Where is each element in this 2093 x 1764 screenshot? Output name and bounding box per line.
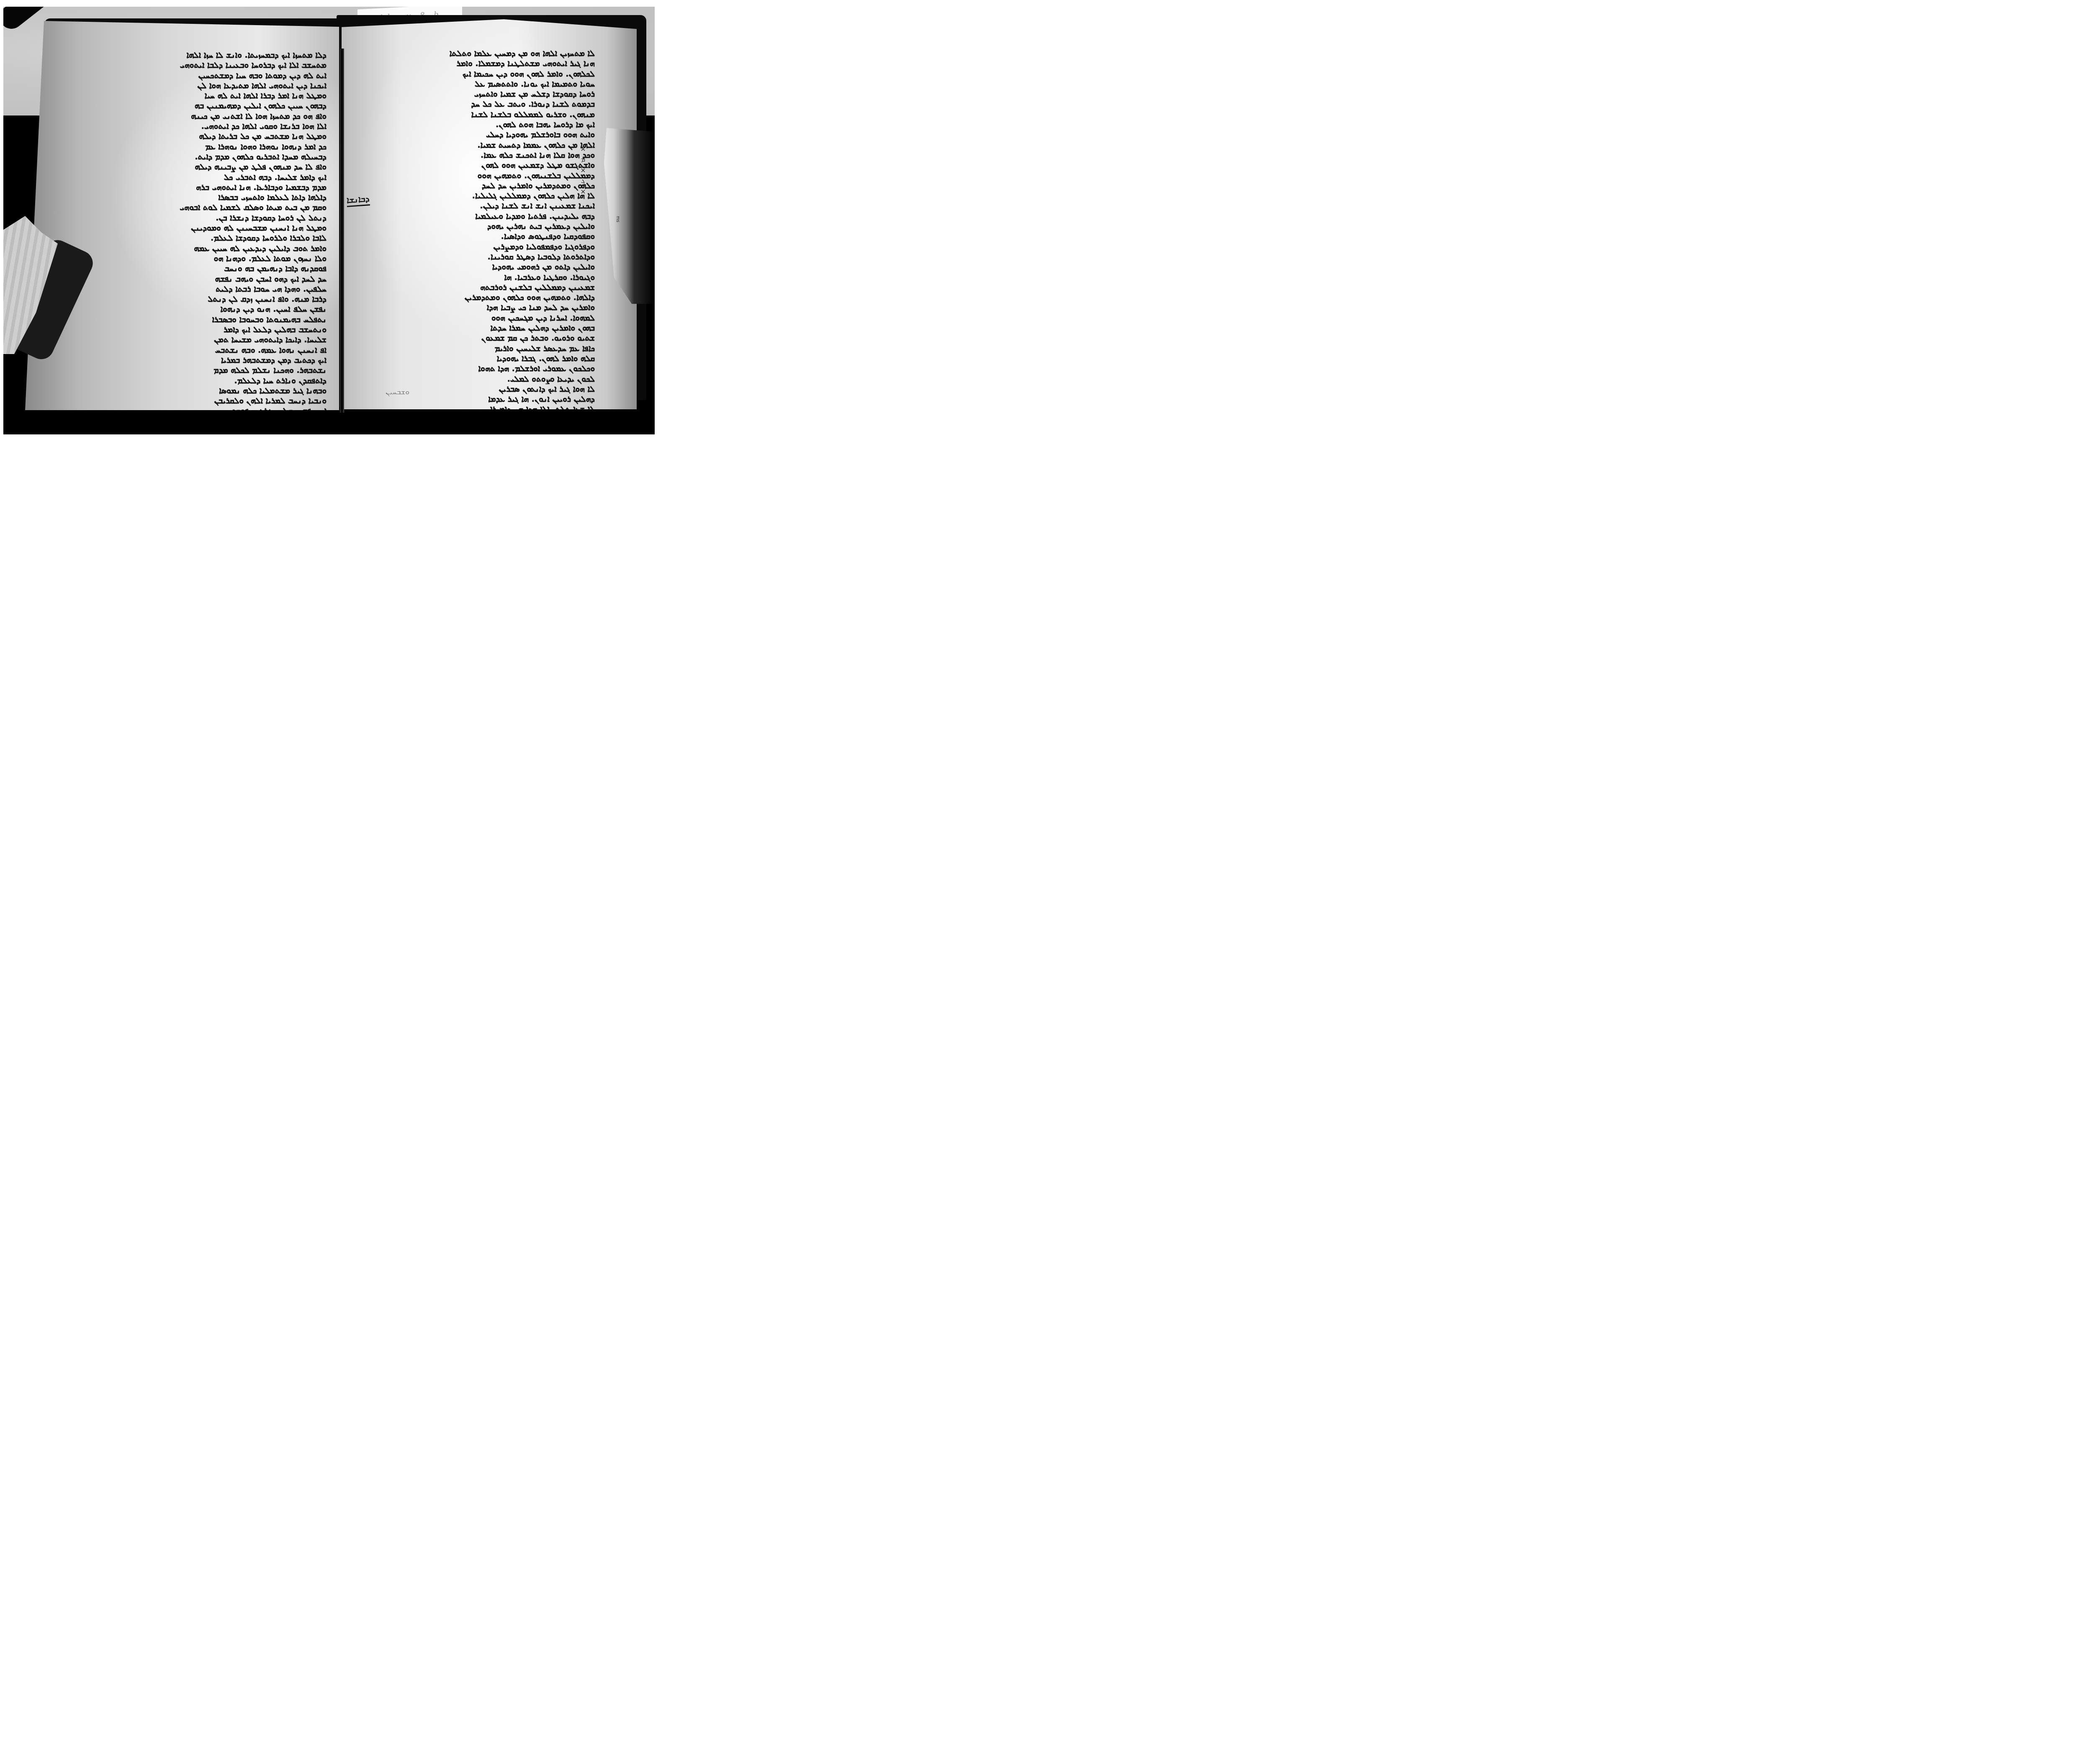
manuscript-line: ܕܠܐ ܡܬܚܙܐ ܐܝܟ ܕܒܡܚܙܝܬܐ. ܘܐܢܫ ܠܐ ܚܙܐ ܐܠܗܐ [92,50,327,60]
manuscript-line: ܢܦܫܢ ܚܠܦ ܐܚܝܢ. ܗܢܘ ܕܝܢ ܕܢܗܘܐ [92,304,327,314]
manuscript-line: ܒܗܘܢ ܘܐܡܪܝܢ ܕܗܠܝܢ ܚܡܪܐ ܚܕܬܐ [381,323,595,333]
manuscript-line: ܕܐܠܗܐ. ܘܬܡܗܝܢ ܗܘܘ ܟܠܗܘܢ ܘܡܬܕܡܪܝܢ [381,293,595,303]
manuscript-line: ܕܒܗܘܢ ܚܝܝܢ ܟܠܗܘܢ ܐܝܠܝܢ ܕܡܗܝܡܢܝܢ ܒܗ [92,101,327,111]
manuscript-line: ܫܠܝܚܐ. ܕܐܝܟܐ ܕܐܝܬܘܗܝ ܡܫܝܚܐ ܬܡܢ [92,335,327,345]
cross-mark-icon: × [580,145,586,153]
manuscript-line: ܡܕܡ ܕܒܫܡܝܐ ܘܕܒܐܪܥܐ. ܗܢܐ ܐܝܬܘܗܝ ܒܪܗ [92,182,327,193]
manuscript-line: ܩܠܗ ܘܐܡܪ ܠܗܘܢ. ܓܒܪܐ ܝܗܘܕܝܐ [381,354,595,364]
manuscript-line: ܢܫܬܒܗܪ. ܘܗܟܢܐ ܢܫܠܡ ܠܟܠܗ ܡܕܡ [92,365,327,375]
manuscript-line: ܟܐܦܐ ܥܡ ܚܕܥܣܪ ܫܠܝܚܝܢ ܘܐܪܝܡ [381,344,595,354]
manuscript-line: ܘܟܕ ܗܘܐ ܩܠܐ ܗܢܐ ܐܬܟܢܫ ܟܠܗ ܥܡܐ. [381,150,595,160]
manuscript-line: ܠܡܗܘܐ. ܐܚܪܢܐ ܕܝܢ ܡܓܚܟܝܢ ܗܘܘ [381,313,595,323]
manuscript-line: ܐܝܟ ܕܟܬܝܒ ܕܡܢ ܕܡܫܬܒܗܪ ܒܡܪܝܐ [92,355,327,365]
manuscript-line: ܗܢܐ ܓܝܪ ܐܝܬܘܗܝ ܡܫܬܠܛܢܐ ܕܡܫܡܠܐ. ܘܐܡܪ [381,59,595,69]
manuscript-line: ܫܡܥܝܢܢ ܕܡܡܠܠܝܢ ܒܠܫܢܢ ܪܘܪܒܬܗ [381,282,595,293]
manuscript-line: ܘܒܗܢܐ ܓܝܪ ܡܫܬܡܠܝܐ ܟܠܗ ܢܡܘܣܐ [92,386,327,396]
manuscript-line: ܘܡܛܠ ܗܢܐ ܡܫܬܒܚ ܡܢ ܟܠ ܒܪܝܬܐ ܕܝܠܗ [92,131,327,141]
manuscript-line: ܘܠܐ ܢܚܙܘܢ ܡܘܬܐ ܠܥܠܡ. ܘܕܗܢܐ ܗܘ [92,254,327,264]
right-page-text: ܠܐ ܡܬܚܙܝܢ ܐܠܗܐ ܗܘ ܡܢ ܕܡܚܝܢ ܥܠܡܐ ܘܬܠܬܐܗܢܐ… [381,49,595,409]
manuscript-line: ܚܕ ܠܚܕ ܐܝܟ ܕܗܘ ܐܚܒܢ ܘܝܗܒ ܢܦܫܗ [92,274,327,284]
margin-numeral: ܡ [581,155,585,164]
manuscript-line: ܘܟܠܟܘܢ ܥܡܘܪܝ ܐܘܪܫܠܡ. ܗܕܐ ܬܗܘܐ [381,364,595,374]
manuscript-line: ܘܐܦ ܠܐ ܚܕ ܡܢܗܘܢ ܦܠܛ ܡܢ ܨܒܝܢܗ ܕܝܠܗ [92,162,327,172]
manuscript-line: ܠܐ ܡܬܚܙܝܢ ܐܠܗܐ ܗܘ ܡܢ ܕܡܚܝܢ ܥܠܡܐ ܘܬܠܬܐ [381,49,595,59]
manuscript-line: ܘܐܝܠܝܢ ܕܥܡܪܝܢ ܒܝܬ ܢܗܪܝܢ ܝܗܘܕ [381,221,595,231]
manuscript-line: ܘܓܝܘܪܐ. ܘܩܪܛܝܐ ܘܥܪܒܝܐ. ܗܐ [381,272,595,282]
manuscript-line: ܐܝܟ ܡܐ ܕܪܘܚܐ ܝܗܒܐ ܗܘܬ ܠܗܘܢ. [381,120,595,130]
margin-numeral: ܓ [581,177,585,185]
left-page-text: ܕܠܐ ܡܬܚܙܐ ܐܝܟ ܕܒܡܚܙܝܬܐ. ܘܐܢܫ ܠܐ ܚܙܐ ܐܠܗܐ… [92,50,327,410]
manuscript-line: ܐܝܟ ܕܐܡܪ ܫܠܝܚܐ. ܕܒܗ ܐܬܒܪܝ ܟܠ [92,172,327,182]
manuscript-line: ܟܠܗܘܢ ܘܡܬܕܡܪܝܢ ܘܐܡܪܝܢ ܚܕ ܠܚܕ [381,181,595,191]
manuscript-line: ܕܡܡܠܠܝܢ ܒܠܫܢܝܗܘܢ. ܘܬܡܗܝܢ ܗܘܘ [381,171,595,181]
gutter-fold [340,49,344,413]
manuscript-line: ܢܬܦܠܚ ܒܗܝܡܢܘܬܐ ܘܒܚܘܒܐ ܘܒܣܒܪܐ [92,315,327,325]
manuscript-line: ܘܕܐܬܪܘܬܐ ܕܠܘܒܝܐ ܕܣܛܪ ܩܘܪܝܢܐ. [381,252,595,262]
manuscript-line: ܘܐܡܪܝܢ ܚܕ ܠܚܕ ܡܢܐ ܟܝ ܨܒܝܐ ܗܕܐ [381,303,595,313]
manuscript-line: ܘܐܝܠܝܢ ܕܐܬܘ ܡܢ ܪܗܘܡܝ ܝܗܘܕܝܐ [381,262,595,272]
manuscript-line: ܐܠܐ ܗܘܐ ܒܪܢܫܐ ܘܩܘܝ ܐܠܗܐ ܟܕ ܐܝܬܘܗܝ. [92,121,327,131]
manuscript-line: ܚܘܝܐ ܘܬܡܝܡܐ ܐܝܟ ܝܘܢܐ. ܘܐܬܬܣܝܡ ܥܠ [381,79,595,89]
manuscript-line: ܟܕ ܐܡܪ ܕܢܗܘܐ ܢܘܗܪܐ ܘܗܘܐ ܢܘܗܪܐ ܥܡ [92,142,327,152]
catchword: ܘܫܒܚܝܢ [386,388,409,396]
manuscript-line: ܫܬܝܘ ܘܪܘܝܘ. ܘܒܬܪ ܟܢ ܩܡ ܫܡܥܘܢ [381,333,595,343]
manuscript-line: ܪܘܚܐ ܕܩܘܕܫܐ ܕܫܠܚ ܡܢ ܫܡܝܐ ܘܐܬܚܙܝ [381,89,595,99]
manuscript-line: ܡܬܚܫܒ ܐܠܐ ܐܝܟ ܕܒܪܘܚܐ ܘܒܥܝܢܐ ܕܠܒܐ ܐܝܬܘܗܝ [92,60,327,70]
manuscript-line: ܘܢܬܚܫܒ ܒܗܠܝܢ ܕܠܥܠ ܐܝܟ ܕܐܡܪ [92,325,327,335]
manuscript-line: ܘܢܒܝܐ ܕܢܚܒ ܠܡܪܝܐ ܐܠܗܢ ܘܠܩܪܝܒܢ [92,396,327,406]
manuscript-line: ܕܒܚܝܠܗ ܡܚܕܐ ܐܬܒܪܝܘ ܟܠܗܘܢ ܡܕܡ ܕܐܝܬ. [92,152,327,162]
manuscript-line: ܘܩܡ ܡܢ ܒܝܬ ܡܝܬܐ ܘܣܠܩ ܠܫܡܝܐ ܠܘܬ ܐܒܘܗܝ [92,203,327,213]
manuscript-line: ܘܕܦܪܘܓܝܐ ܘܕܦܡܦܘܠܝܐ ܘܕܡܨܪܝܢ [381,242,595,252]
manuscript-line: ܘܐܫܬܓܫܘ ܡܛܠ ܕܫܡܥܝܢ ܗܘܘ ܠܗܘܢ [381,160,595,170]
manuscript-line: ܐܦ ܐܢܚܢܢ ܢܗܘܐ ܥܡܗ. ܘܒܗ ܢܫܬܒܚ [92,345,327,355]
cross-mark-icon: × [580,187,586,195]
manuscript-line: ܠܐ ܗܘܐ ܓܝܪ ܐܝܟ ܕܐܢܬܘܢ ܣܒܪܝܢ [381,384,595,394]
manuscript-line: ܘܡܛܠ ܗܢܐ ܐܡܪ ܕܒܪܐ ܐܠܗܐ ܐܝܬ ܠܗ ܚܝܐ [92,91,327,101]
manuscript-line: ܕܢܬܠ ܠܢ ܪܘܚܐ ܕܩܘܕܫܐ ܕܢܫܪܐ ܒܢ. [92,213,327,223]
margin-numerals: ×ܡ×ܓ× [577,145,589,195]
manuscript-line: ܐܝܟ ܢܦܫܢ. ܗܠܝܢ ܬܪܬܝܢ ܦܘܩܕܢܝܢ [92,406,327,410]
left-page: ܕܠܐ ܡܬܚܙܐ ܐܝܟ ܕܒܡܚܙܝܬܐ. ܘܐܢܫ ܠܐ ܚܙܐ ܐܠܗܐ… [25,21,339,410]
manuscript-line: ܒܕܡܘܬ ܠܫܢܐ ܕܢܘܪܐ. ܘܝܬܒ ܥܠ ܟܠ ܚܕ [381,99,595,109]
manuscript-line: ܠܟܘܢ ܝܕܝܥܐ ܘܨܘܬܘ ܠܡܠܝ. [381,374,595,384]
manuscript-line: ܠܟܠܗܘܢ. ܘܐܡܪ ܠܗܘܢ ܗܘܘ ܕܝܢ ܚܟܝܡܐ ܐܝܟ [381,69,595,79]
manuscript-line: ܐܝܟܢܐ ܕܝܢ ܐܝܬܘܗܝ ܐܠܗܐ ܡܬܝܕܥܐ ܗܘܐ ܠܢ [92,81,327,91]
manuscript-line: ܚܠܦܝܢ. ܘܗܕܐ ܗܝ ܚܘܒܐ ܪܒܬܐ ܕܠܝܬ [92,284,327,294]
manuscript-line: ܐܝܬ ܠܗ ܕܝܢ ܕܡܘܬܐ ܘܒܗ ܚܝܐ ܕܡܫܬܟܚܝܢ [92,71,327,81]
manuscript-photograph: Ale v 8 b ܕܠܐ ܡܬܚܙܐ ܐܝܟ ܕܒܡܚܙܝܬܐ. ܘܐܢܫ ܠ… [3,7,655,434]
manuscript-line: ܠܐ ܗܐ ܗܠܝܢ ܟܠܗܘܢ ܕܡܡܠܠܝܢ ܓܠܝܠܝܐ. [381,191,595,201]
manuscript-line: ܘܡܛܠ ܗܢܐ ܐܢܚܢܢ ܡܫܒܚܝܢܢ ܠܗ ܘܡܘܕܝܢܢ [92,223,327,233]
manuscript-line: ܘܐܡܪ ܬܘܒ ܕܐܝܠܝܢ ܕܝܕܥܝܢ ܠܗ ܚܝܝܢ ܥܡܗ [92,244,327,254]
manuscript-line: ܕܪܒܐ ܡܢܗ. ܘܐܦ ܐܢܚܢܢ ܙܕܩ ܠܢ ܕܢܬܠ [92,294,327,304]
manuscript-line: ܐܝܟܢܐ ܫܡܥܝܢܢ ܐܢܫ ܐܢܫ ܠܫܢܐ ܕܝܠܢ. [381,201,595,211]
manuscript-line: ܘܩܦܘܕܩܝܐ ܘܕܦܢܛܘܣ ܘܕܐܣܝܐ. [381,231,595,241]
manuscript-line: ܠܐܒܐ ܘܠܒܪܐ ܘܠܪܘܚܐ ܕܩܘܕܫܐ ܠܥܠܡ. [92,233,327,243]
manuscript-line: ܘܐܦ ܗܘ ܟܕ ܡܬܚܙܐ ܗܘܐ ܠܐ ܐܫܬܢܝ ܡܢ ܟܝܢܗ [92,111,327,121]
marginal-note: ܕܒܐܢܫܐ [346,193,370,207]
right-page: ∴ ܠܐ ܡܬܚܙܝܢ ܐܠܗܐ ܗܘ ܡܢ ܕܡܚܝܢ ܥܠܡܐ ܘܬܠܬܐܗ… [342,19,637,409]
manuscript-line: ܐܠܗܐ ܡܢ ܟܠܗܘܢ ܥܡܡܐ ܕܬܚܝܬ ܫܡܝܐ. [381,140,595,150]
manuscript-line: ܦܘܩܕܢܗ ܕܐܒܐ ܕܢܗܝܡܢ ܒܗ ܘܢܚܒ [92,264,327,274]
manuscript-line: ܕܐܬܦܩܕܢ ܘܢܐܪܬ ܚܝܐ ܕܠܥܠܡ. [92,376,327,386]
stack-label: ms [615,216,620,222]
manuscript-line: ܕܗܠܝܢ ܪܘܝܝܢ ܐܢܘܢ. ܗܐ ܓܝܪ ܥܕܡܐ [381,394,595,404]
manuscript-line: ܡܢܗܘܢ. ܘܫܪܝܘ ܠܡܡܠܠܘ ܒܠܫܢܐ ܠܫܢܐ [381,110,595,120]
manuscript-line: ܠܐ ܫܥܐ ܬܠܬ. ܐܠܐ ܗܕܐ ܗܝ ܕܐܡܝܪܐ [381,404,595,409]
cross-mark-icon: × [580,166,586,174]
manuscript-line: ܕܒܗ ܝܠܝܕܝܢܢ. ܦܪܬܝܐ ܘܡܕܝܐ ܘܥܝܠܡܝܐ [381,211,595,221]
manuscript-line: ܕܐܠܗܐ ܕܐܬܐ ܠܥܠܡܐ ܘܐܬܚܙܝ ܒܒܣܪܐ [92,193,327,203]
manuscript-line: ܘܐܝܬ ܗܘܘ ܒܐܘܪܫܠܡ ܝܗܘܕܝܐ ܕܚܠܝ [381,130,595,140]
